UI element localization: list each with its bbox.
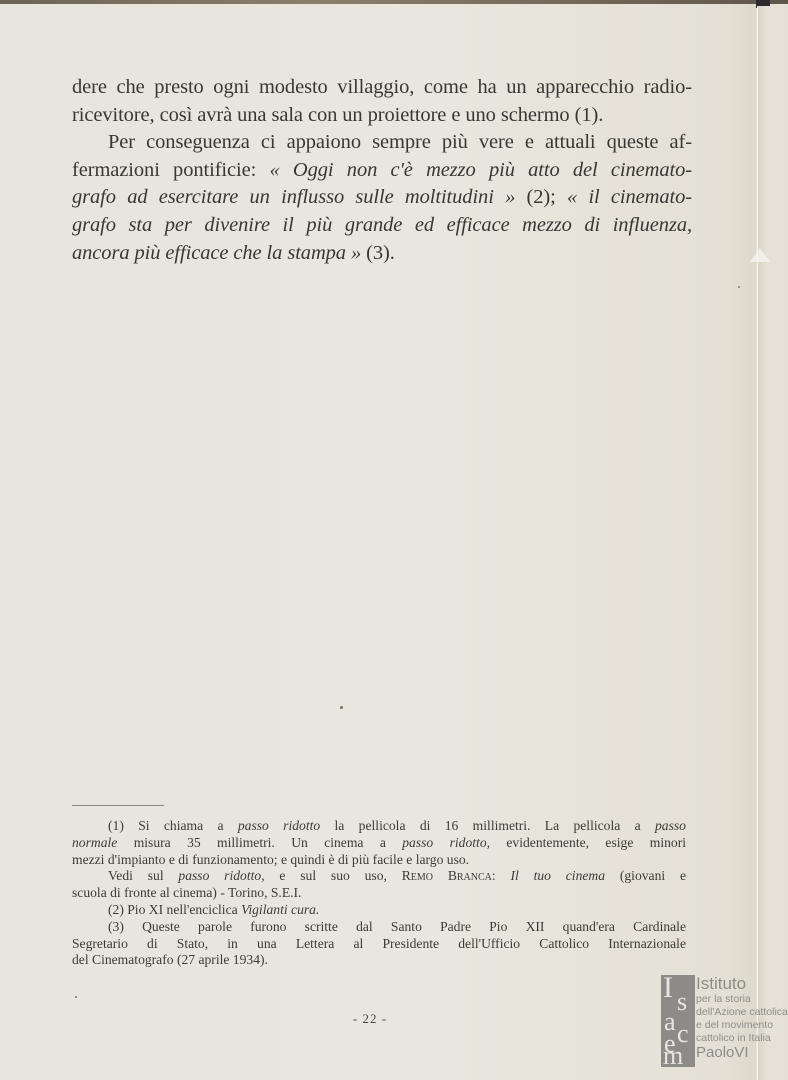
text: (1) Si chiama a (108, 818, 238, 833)
logo-line: PaoloVI (696, 1045, 788, 1061)
footnote-ref: (3). (361, 242, 395, 264)
text: evidentemente, esige minori (490, 835, 686, 850)
text-line: ancora più efficace che la stampa » (3). (72, 240, 692, 268)
paper-speck (738, 286, 740, 288)
paragraph-1: dere che presto ogni modesto villaggio, … (72, 74, 692, 129)
term-italic: passo ridotto (238, 818, 320, 833)
monogram-letter: I (663, 975, 673, 1001)
text: misura 35 millimetri. Un cinema a (117, 835, 402, 850)
term-italic: passo ridotto, (178, 868, 264, 883)
footnote-3-line: (3) Queste parole furono scritte dal San… (72, 919, 686, 936)
footnote-3-line: Segretario di Stato, in una Lettera al P… (72, 936, 686, 953)
quote-italic: « Oggi non c'è mezzo più atto del cinema… (270, 159, 693, 181)
logo-line: per la storia (696, 993, 788, 1006)
book-title: Il tuo cinema (510, 868, 605, 883)
monogram-letter: s (677, 989, 687, 1015)
paragraph-2: Per conseguenza ci appaiono sempre più v… (72, 129, 692, 267)
adjacent-page-edge (757, 6, 788, 1080)
logo-monogram: I s a c e m (661, 975, 695, 1067)
footnotes: (1) Si chiama a passo ridotto la pellico… (72, 818, 686, 969)
text: e sul suo uso, (265, 868, 402, 883)
footnote-2: (2) Pio XI nell'enciclica Vigilanti cura… (72, 902, 686, 919)
footnote-separator (72, 805, 164, 806)
text: : (492, 868, 511, 883)
term-italic: passo ridotto, (402, 835, 490, 850)
text-line: grafo sta per divenire il più grande ed … (72, 212, 692, 240)
text: (2) Pio XI nell'enciclica (108, 902, 241, 917)
footnote-ref: (2); (515, 186, 567, 208)
logo-line: Istituto (696, 975, 788, 993)
text-line: dere che presto ogni modesto villaggio, … (72, 74, 692, 102)
text-line: fermazioni pontificie: « Oggi non c'è me… (72, 157, 692, 185)
paper-speck (75, 996, 77, 998)
text: la pellicola di 16 millimetri. La pellic… (320, 818, 655, 833)
footnote-1-line: Vedi sul passo ridotto, e sul suo uso, R… (72, 868, 686, 885)
logo-line: e del movimento (696, 1019, 788, 1032)
main-text: dere che presto ogni modesto villaggio, … (72, 74, 692, 267)
page-fold-mark (750, 248, 770, 262)
logo-text: Istituto per la storia dell'Azione catto… (696, 975, 788, 1061)
text: (giovani e (605, 868, 686, 883)
text-roman: fermazioni pontificie: (72, 159, 270, 181)
text-line: Per conseguenza ci appaiono sempre più v… (72, 129, 692, 157)
term-italic: normale (72, 835, 117, 850)
isacem-watermark-logo: I s a c e m Istituto per la storia dell'… (661, 975, 785, 1067)
encyclical-title: Vigilanti cura. (241, 902, 319, 917)
logo-line: dell'Azione cattolica (696, 1006, 788, 1019)
paper-speck (340, 706, 343, 709)
text-line: ricevitore, così avrà una sala con un pr… (72, 102, 692, 130)
footnote-3-line: del Cinematografo (27 aprile 1934). (72, 952, 686, 969)
term-italic: passo (655, 818, 686, 833)
author-name: Remo Branca (402, 868, 492, 883)
text: Vedi sul (108, 868, 178, 883)
page-number: - 22 - (0, 1011, 740, 1027)
footnote-1-line: scuola di fronte al cinema) - Torino, S.… (72, 885, 686, 902)
quote-italic: « il cinemato- (567, 186, 692, 208)
footnote-1-line: normale misura 35 millimetri. Un cinema … (72, 835, 686, 852)
quote-italic: ancora più efficace che la stampa » (72, 242, 361, 264)
monogram-letter: m (663, 1043, 683, 1069)
text-line: grafo ad esercitare un influsso sulle mo… (72, 184, 692, 212)
footnote-1-line: mezzi d'impianto e di funzionamento; e q… (72, 852, 686, 869)
quote-italic: grafo ad esercitare un influsso sulle mo… (72, 186, 515, 208)
footnote-1-line: (1) Si chiama a passo ridotto la pellico… (72, 818, 686, 835)
quote-italic: grafo sta per divenire il più grande ed … (72, 214, 692, 236)
